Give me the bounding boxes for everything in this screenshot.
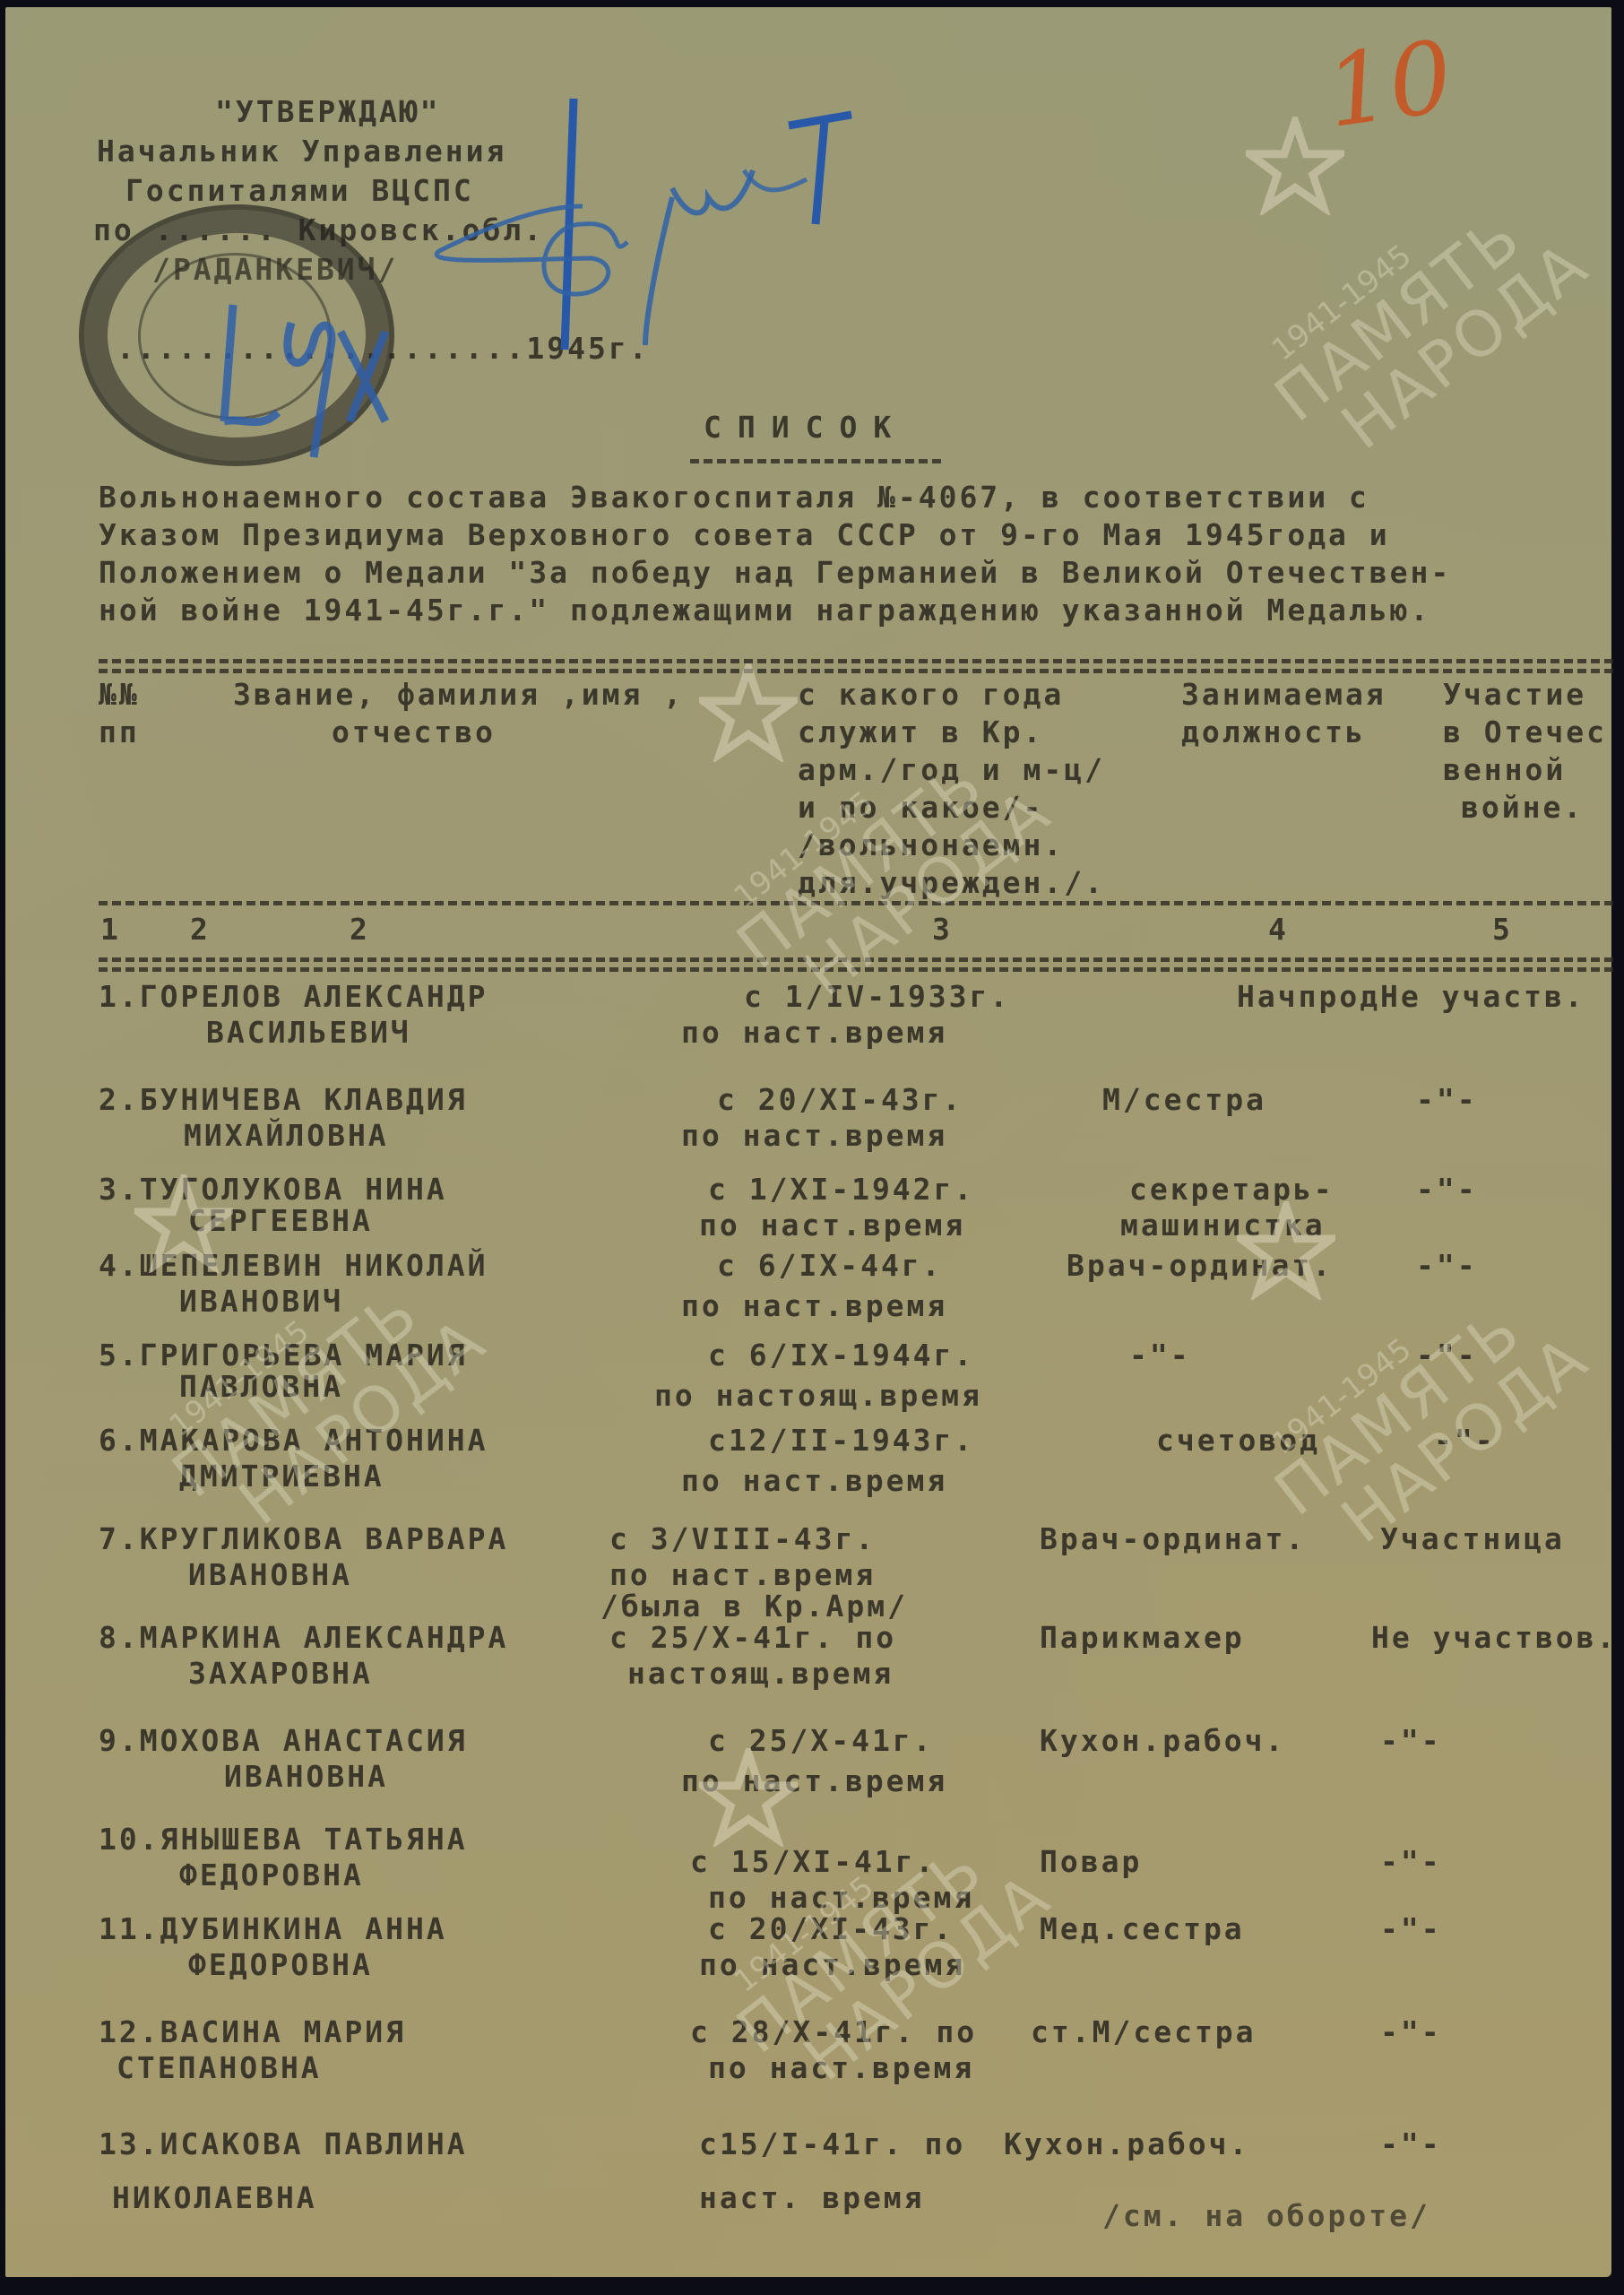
row-participation: -"- <box>1416 1174 1478 1204</box>
row-name: 9.МОХОВА АНАСТАСИЯ <box>99 1726 468 1755</box>
column-number: 2 <box>190 914 211 944</box>
row-participation: -"- <box>1380 1847 1442 1876</box>
row-since: с 20/XI-43г. <box>717 1085 963 1114</box>
row-patronymic: ЗАХАРОВНА <box>188 1658 373 1688</box>
watermark-star-icon <box>699 1748 798 1847</box>
header-col-5: в Отечес <box>1443 717 1607 747</box>
row-name: 8.МАРКИНА АЛЕКСАНДРА <box>99 1623 508 1652</box>
row-position: Начпрод <box>1237 982 1380 1011</box>
row-since-until: по настоящ.время <box>654 1381 982 1410</box>
row-since-until: по наст.время <box>681 1466 947 1495</box>
header-rule-top <box>99 659 1613 663</box>
header-col-1: №№ <box>99 680 140 709</box>
row-patronymic: ФЕДОРОВНА <box>188 1950 373 1979</box>
row-patronymic: ВАСИЛЬЕВИЧ <box>206 1018 411 1047</box>
row-position: секретарь- <box>1129 1174 1335 1204</box>
watermark-star-icon <box>699 663 798 762</box>
header-col-4: Занимаемая <box>1181 680 1386 709</box>
row-since: с15/I-41г. по <box>699 2129 965 2159</box>
column-number: 4 <box>1268 914 1289 944</box>
row-since-until: по наст.время <box>681 1291 947 1321</box>
row-since-until: по наст.время <box>609 1560 876 1589</box>
intro-line: Положением о Медали "За победу над Герма… <box>99 558 1451 587</box>
row-since: с 3/VIII-43г. <box>609 1524 876 1554</box>
row-position: Парикмахер <box>1040 1623 1245 1652</box>
header-col-2: отчество <box>332 717 496 747</box>
row-name: 1.ГОРЕЛОВ АЛЕКСАНДР <box>99 982 488 1011</box>
row-participation: -"- <box>1380 2017 1442 2047</box>
row-participation: -"- <box>1416 1085 1478 1114</box>
document-title: СПИСОК <box>704 412 907 442</box>
row-patronymic: ИВАНОВНА <box>224 1762 388 1791</box>
intro-line: ной войне 1941-45г.г." подлежащими награ… <box>99 595 1430 625</box>
row-since-until: по наст.время <box>699 1210 965 1240</box>
row-since-until: настоящ.время <box>627 1658 894 1688</box>
row-name: 7.КРУГЛИКОВА ВАРВАРА <box>99 1524 508 1554</box>
header-col-2: Звание, фамилия ,имя , <box>233 680 684 709</box>
row-position: Кухон.рабоч. <box>1040 1726 1285 1755</box>
footer-note: /см. на обороте/ <box>1102 2201 1430 2230</box>
row-position: ст.М/сестра <box>1031 2017 1257 2047</box>
column-number: 1 <box>100 914 121 944</box>
row-since-until: по наст.время <box>681 1121 947 1150</box>
row-participation: -"- <box>1380 1914 1442 1944</box>
title-underline <box>690 459 941 463</box>
row-position: Мед.сестра <box>1040 1914 1245 1944</box>
intro-line: Вольнонаемного состава Эвакогоспиталя №-… <box>99 482 1369 512</box>
row-since-note: /была в Кр.Арм/ <box>600 1591 908 1621</box>
row-since: с 25/X-41г. по <box>609 1623 896 1652</box>
row-participation: -"- <box>1380 1726 1442 1755</box>
header-col-4: должность <box>1181 717 1366 747</box>
column-number: 2 <box>350 914 370 944</box>
row-since: с 6/IX-1944г. <box>708 1340 974 1370</box>
watermark-star-icon <box>1246 117 1344 215</box>
row-patronymic: НИКОЛАЕВНА <box>112 2183 317 2213</box>
watermark-star-icon <box>1237 1201 1335 1300</box>
row-name: 2.БУНИЧЕВА КЛАВДИЯ <box>99 1085 468 1114</box>
row-patronymic: ФЕДОРОВНА <box>179 1860 364 1890</box>
header-col-5: венной <box>1443 755 1566 784</box>
row-position: Врач-ординат. <box>1040 1524 1306 1554</box>
row-patronymic: МИХАЙЛОВНА <box>184 1121 389 1150</box>
header-col-5: Участие <box>1443 680 1586 709</box>
header-col-3: с какого года <box>798 680 1064 709</box>
row-position: -"- <box>1129 1340 1191 1370</box>
row-participation: -"- <box>1380 2129 1442 2159</box>
row-name: 12.ВАСИНА МАРИЯ <box>99 2017 406 2047</box>
row-since-until: наст. время <box>699 2183 925 2213</box>
row-name: 13.ИСАКОВА ПАВЛИНА <box>99 2129 468 2159</box>
column-number: 5 <box>1492 914 1513 944</box>
row-participation: Не участв. <box>1380 982 1585 1011</box>
row-position: Кухон.рабоч. <box>1004 2129 1249 2159</box>
row-since: с 6/IX-44г. <box>717 1251 943 1280</box>
row-patronymic: СТЕПАНОВНА <box>117 2053 322 2083</box>
row-position: Повар <box>1040 1847 1142 1876</box>
row-participation: Не участвов. <box>1371 1623 1617 1652</box>
header-col-1: пп <box>99 717 140 747</box>
row-name: 11.ДУБИНКИНА АННА <box>99 1914 447 1944</box>
row-since: с 1/XI-1942г. <box>708 1174 974 1204</box>
intro-line: Указом Президиума Верховного совета СССР… <box>99 520 1390 550</box>
header-col-5: войне. <box>1461 792 1584 822</box>
handwritten-date-icon <box>206 287 412 466</box>
row-patronymic: ИВАНОВНА <box>188 1560 352 1589</box>
row-position: М/сестра <box>1102 1085 1266 1114</box>
row-participation: -"- <box>1416 1251 1478 1280</box>
row-since-until: по наст.время <box>681 1018 947 1047</box>
watermark-star-icon <box>134 1174 233 1273</box>
row-name: 10.ЯНЫШЕВА ТАТЬЯНА <box>99 1824 468 1854</box>
row-since: с12/II-1943г. <box>708 1425 974 1455</box>
